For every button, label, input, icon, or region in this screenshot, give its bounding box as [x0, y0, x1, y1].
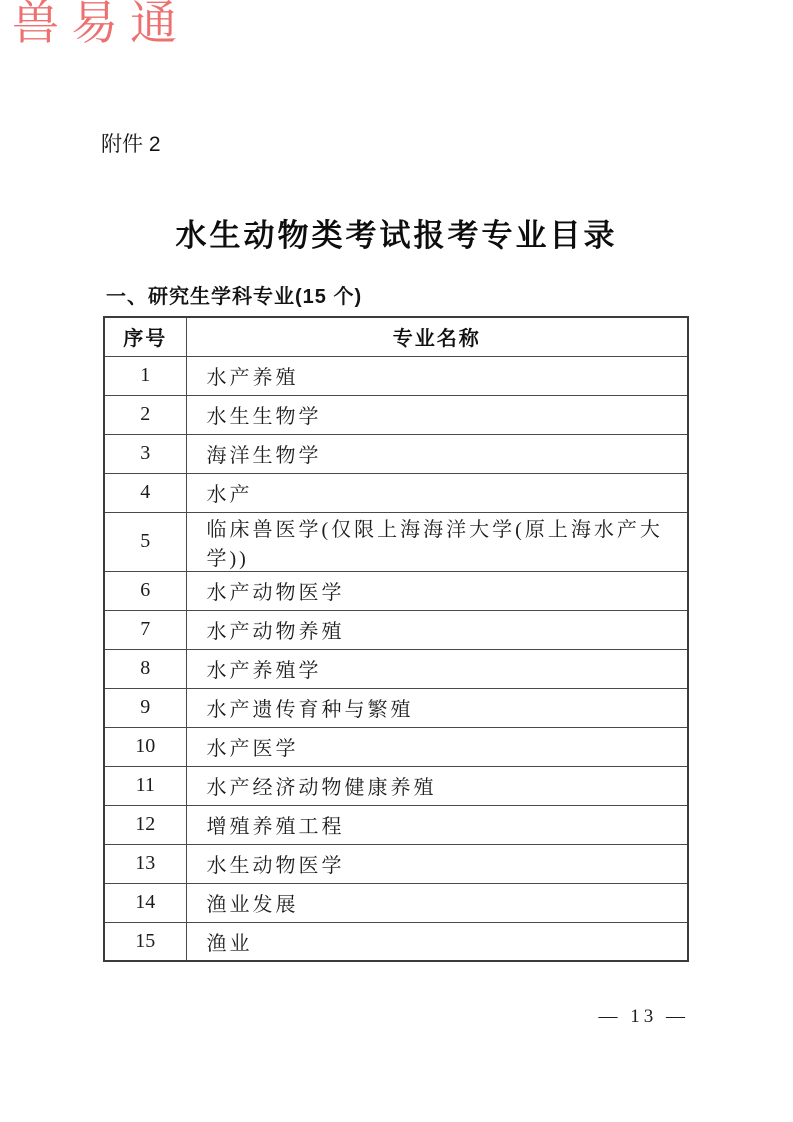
cell-name: 水产遗传育种与繁殖: [186, 688, 688, 727]
cell-name: 临床兽医学(仅限上海海洋大学(原上海水产大学)): [186, 512, 688, 571]
cell-no: 8: [104, 649, 186, 688]
document-page: 兽易通 附件 2 水生动物类考试报考专业目录 一、研究生学科专业(15 个) 序…: [0, 0, 793, 1122]
watermark-logo-text: 兽易通: [12, 0, 189, 52]
table-row: 5 临床兽医学(仅限上海海洋大学(原上海水产大学)): [104, 512, 688, 571]
cell-name: 渔业发展: [186, 883, 688, 922]
cell-name: 渔业: [186, 922, 688, 961]
cell-no: 12: [104, 805, 186, 844]
cell-name: 水产动物养殖: [186, 610, 688, 649]
cell-name: 水产: [186, 473, 688, 512]
cell-name: 水产经济动物健康养殖: [186, 766, 688, 805]
table-row: 12 增殖养殖工程: [104, 805, 688, 844]
cell-no: 7: [104, 610, 186, 649]
majors-table: 序号 专业名称 1 水产养殖 2 水生生物学 3 海洋生物学 4 水产 5: [103, 316, 689, 962]
cell-name: 海洋生物学: [186, 434, 688, 473]
cell-no: 5: [104, 512, 186, 571]
table-row: 14 渔业发展: [104, 883, 688, 922]
page-title: 水生动物类考试报考专业目录: [0, 210, 793, 255]
table-row: 8 水产养殖学: [104, 649, 688, 688]
cell-no: 10: [104, 727, 186, 766]
cell-no: 2: [104, 395, 186, 434]
cell-no: 15: [104, 922, 186, 961]
cell-name: 水产养殖学: [186, 649, 688, 688]
page-number: — 13 —: [599, 1006, 690, 1028]
table-row: 2 水生生物学: [104, 395, 688, 434]
table-row: 4 水产: [104, 473, 688, 512]
section-heading: 一、研究生学科专业(15 个): [106, 280, 362, 309]
cell-no: 3: [104, 434, 186, 473]
cell-no: 14: [104, 883, 186, 922]
table-row: 13 水生动物医学: [104, 844, 688, 883]
table-row: 3 海洋生物学: [104, 434, 688, 473]
cell-name: 水产养殖: [186, 356, 688, 395]
header-cell-no: 序号: [104, 317, 186, 356]
table-row: 10 水产医学: [104, 727, 688, 766]
table-row: 1 水产养殖: [104, 356, 688, 395]
attachment-label: 附件 2: [101, 128, 161, 158]
table-row: 11 水产经济动物健康养殖: [104, 766, 688, 805]
cell-no: 11: [104, 766, 186, 805]
cell-name: 水生生物学: [186, 395, 688, 434]
cell-no: 4: [104, 473, 186, 512]
table-header-row: 序号 专业名称: [104, 317, 688, 356]
table-row: 9 水产遗传育种与繁殖: [104, 688, 688, 727]
cell-name: 增殖养殖工程: [186, 805, 688, 844]
cell-no: 9: [104, 688, 186, 727]
header-cell-name: 专业名称: [186, 317, 688, 356]
cell-no: 1: [104, 356, 186, 395]
cell-name: 水生动物医学: [186, 844, 688, 883]
cell-no: 6: [104, 571, 186, 610]
cell-name: 水产动物医学: [186, 571, 688, 610]
table-row: 7 水产动物养殖: [104, 610, 688, 649]
cell-name: 水产医学: [186, 727, 688, 766]
table-row: 15 渔业: [104, 922, 688, 961]
table-row: 6 水产动物医学: [104, 571, 688, 610]
cell-no: 13: [104, 844, 186, 883]
